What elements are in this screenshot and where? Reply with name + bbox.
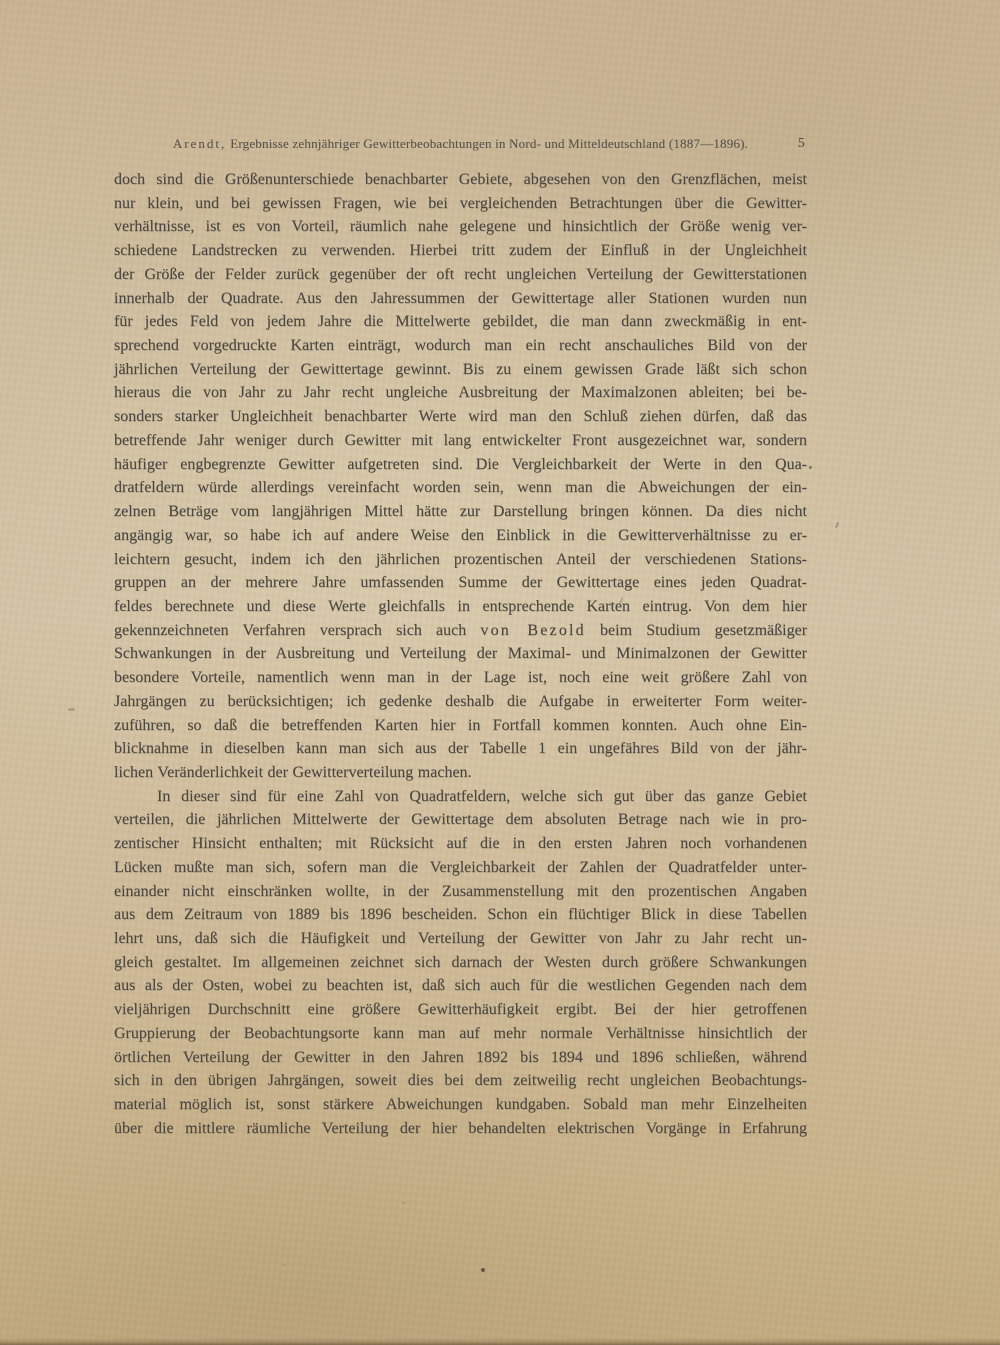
text-line: einander nicht einschränken wollte, in d… xyxy=(114,880,807,904)
text-line: häufiger engbegrenzte Gewitter aufgetret… xyxy=(114,453,807,477)
text-line: angängig war, so habe ich auf andere Wei… xyxy=(114,524,807,548)
text-line: verteilen, die jährlichen Mittelwerte de… xyxy=(114,808,807,832)
text-line: zuführen, so daß die betreffenden Karten… xyxy=(114,714,807,738)
text-line: zentischer Hinsicht enthalten; mit Rücks… xyxy=(114,832,807,856)
text-line: gekennzeichneten Verfahren versprach sic… xyxy=(114,619,807,643)
text-line: blicknahme in dieselben kann man sich au… xyxy=(114,737,807,761)
text-line: lichen Veränderlichkeit der Gewittervert… xyxy=(114,761,807,785)
text-line: über die mittlere räumliche Verteilung d… xyxy=(114,1117,807,1141)
text-line: doch sind die Größenunterschiede benachb… xyxy=(114,168,807,192)
text-line: In dieser sind für eine Zahl von Quadrat… xyxy=(114,785,807,809)
text-line: gleich gestaltet. Im allgemeinen zeichne… xyxy=(114,951,807,975)
text-line: material möglich ist, sonst stärkere Abw… xyxy=(114,1093,807,1117)
text-line: feldes berechnete und diese Werte gleich… xyxy=(114,595,807,619)
text-block: doch sind die Größenunterschiede benachb… xyxy=(114,168,807,1140)
text-line: sich in den übrigen Jahrgängen, soweit d… xyxy=(114,1069,807,1093)
running-header: Arendt,Ergebnisse zehnjähriger Gewitterb… xyxy=(114,135,807,152)
text-line: leichtern gesucht, indem ich den jährlic… xyxy=(114,548,807,572)
text-line: Jahrgängen zu berücksichtigen; ich geden… xyxy=(114,690,807,714)
text-segment: gekennzeichneten Verfahren versprach sic… xyxy=(114,622,480,639)
text-line: dratfeldern würde allerdings vereinfacht… xyxy=(114,476,807,500)
text-line: der Größe der Felder zurück gegenüber de… xyxy=(114,263,807,287)
text-line: nur klein, und bei gewissen Fragen, wie … xyxy=(114,192,807,216)
letterspaced-name: von Bezold xyxy=(480,622,586,639)
text-line: schiedene Landstrecken zu verwenden. Hie… xyxy=(114,239,807,263)
header-author: Arendt, xyxy=(173,136,226,151)
text-line: Gruppierung der Beobachtungsorte kann ma… xyxy=(114,1022,807,1046)
text-line: vieljährigen Durchschnitt eine größere G… xyxy=(114,998,807,1022)
text-line: örtlichen Verteilung der Gewitter in den… xyxy=(114,1046,807,1070)
text-line: Lücken mußte man sich, sofern man die Ve… xyxy=(114,856,807,880)
page-number: 5 xyxy=(798,135,805,152)
text-segment: beim Studium gesetzmäßiger xyxy=(586,622,807,639)
text-line: sprechend vorgedruckte Karten einträgt, … xyxy=(114,334,807,358)
text-line: aus als der Osten, wobei zu beachten ist… xyxy=(114,974,807,998)
text-line: hieraus die von Jahr zu Jahr recht ungle… xyxy=(114,381,807,405)
text-line: lehrt uns, daß sich die Häufigkeit und V… xyxy=(114,927,807,951)
text-line: sonders starker Ungleichheit benachbarte… xyxy=(114,405,807,429)
text-line: für jedes Feld von jedem Jahre die Mitte… xyxy=(114,310,807,334)
text-line: jährlichen Verteilung der Gewittertage g… xyxy=(114,358,807,382)
text-line: Schwankungen in der Ausbreitung und Vert… xyxy=(114,642,807,666)
text-line: zelnen Beträge vom langjährigen Mittel h… xyxy=(114,500,807,524)
scan-bottom-edge xyxy=(0,1338,1000,1345)
text-line: verhältnisse, ist es von Vorteil, räumli… xyxy=(114,215,807,239)
text-line: gruppen an der mehrere Jahre umfassenden… xyxy=(114,571,807,595)
text-line: betreffende Jahr weniger durch Gewitter … xyxy=(114,429,807,453)
text-line: innerhalb der Quadrate. Aus den Jahressu… xyxy=(114,287,807,311)
text-line: besondere Vorteile, namentlich wenn man … xyxy=(114,666,807,690)
text-line: aus dem Zeitraum von 1889 bis 1896 besch… xyxy=(114,903,807,927)
scanned-page: { "colors": { "paper": "#cfbd9e", "ink":… xyxy=(0,0,1000,1345)
header-title: Ergebnisse zehnjähriger Gewitterbeobacht… xyxy=(230,136,748,151)
